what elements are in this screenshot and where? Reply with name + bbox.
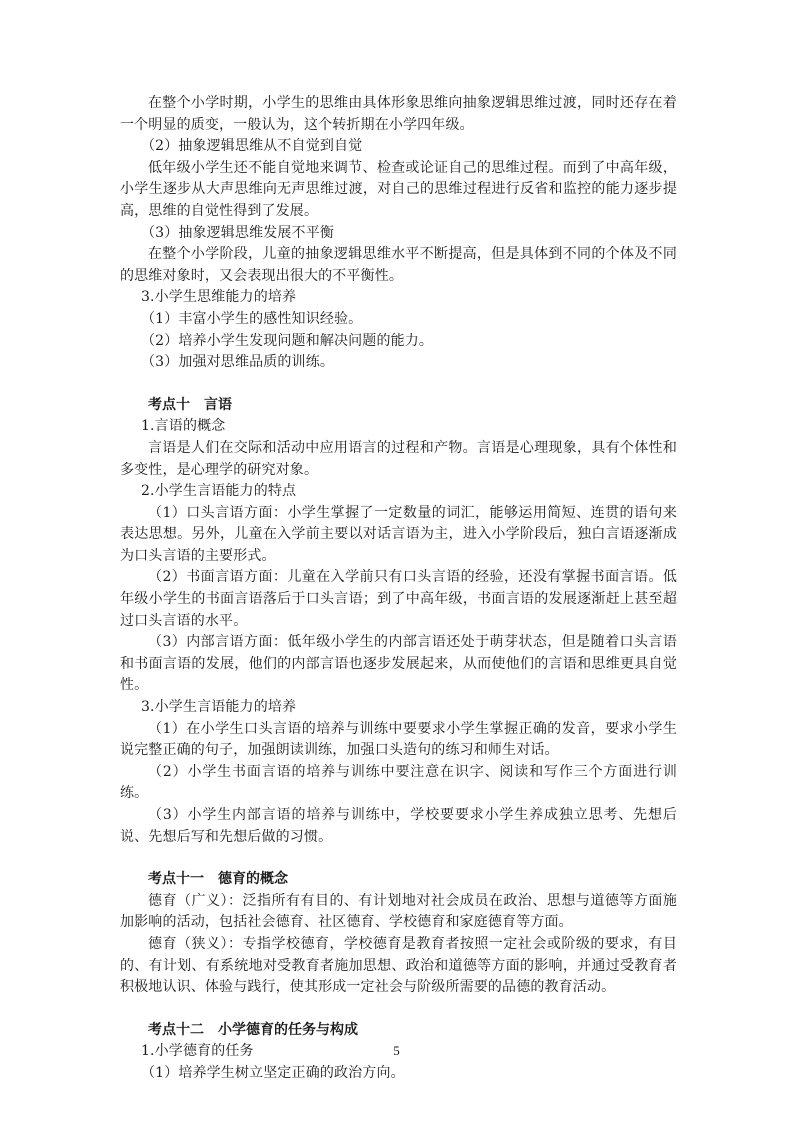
section-gap (120, 374, 677, 395)
list-item: （1）丰富小学生的感性知识经验。 (120, 309, 677, 331)
list-item: （2）培养小学生发现问题和解决问题的能力。 (120, 331, 677, 353)
subtitle-thinking-cultivation: 3.小学生思维能力的培养 (120, 287, 677, 309)
subtitle-speech-cultivation: 3.小学生言语能力的培养 (120, 697, 677, 719)
list-item: （3）内部言语方面：低年级小学生的内部言语还处于萌芽状态，但是随着口头言语和书面… (120, 632, 677, 697)
list-item: （3）加强对思维品质的训练。 (120, 352, 677, 374)
paragraph-imbalance: 在整个小学阶段，儿童的抽象逻辑思维水平不断提高，但是具体到不同的个体及不同的思维… (120, 244, 677, 287)
page-number: 5 (0, 1043, 793, 1059)
section-heading-11: 考点十一 德育的概念 (120, 869, 677, 891)
paragraph-thinking-transition: 在整个小学时期，小学生的思维由具体形象思维向抽象逻辑思维过渡，同时还存在着一个明… (120, 93, 677, 136)
paragraph-self-awareness: 低年级小学生还不能自觉地来调节、检查或论证自己的思维过程。而到了中高年级，小学生… (120, 158, 677, 223)
paragraph-moral-narrow: 德育（狭义）：专指学校德育，学校德育是教育者按照一定社会或阶级的要求，有目的、有… (120, 934, 677, 999)
list-item: （3）小学生内部言语的培养与训练中，学校要要求小学生养成独立思考、先想后说、先想… (120, 805, 677, 848)
paragraph-speech-concept: 言语是人们在交际和活动中应用语言的过程和产物。言语是心理现象，具有个体性和多变性… (120, 438, 677, 481)
section-heading-12: 考点十二 小学德育的任务与构成 (120, 1020, 677, 1042)
paragraph-moral-broad: 德育（广义）：泛指所有有目的、有计划地对社会成员在政治、思想与道德等方面施加影响… (120, 891, 677, 934)
subtitle-speech-features: 2.小学生言语能力的特点 (120, 481, 677, 503)
list-item: （1）口头言语方面：小学生掌握了一定数量的词汇，能够运用简短、连贯的语句来表达思… (120, 503, 677, 568)
document-page: 在整个小学时期，小学生的思维由具体形象思维向抽象逻辑思维过渡，同时还存在着一个明… (120, 93, 677, 1085)
list-item: （1）培养学生树立坚定正确的政治方向。 (120, 1063, 677, 1085)
subtitle-self-awareness: （2）抽象逻辑思维从不自觉到自觉 (120, 136, 677, 158)
section-gap (120, 848, 677, 869)
section-heading-10: 考点十 言语 (120, 395, 677, 417)
list-item: （2）小学生书面言语的培养与训练中要注意在识字、阅读和写作三个方面进行训练。 (120, 762, 677, 805)
subtitle-imbalance: （3）抽象逻辑思维发展不平衡 (120, 223, 677, 245)
section-gap (120, 999, 677, 1020)
list-item: （1）在小学生口头言语的培养与训练中要要求小学生掌握正确的发音，要求小学生说完整… (120, 719, 677, 762)
list-item: （2）书面言语方面：儿童在入学前只有口头言语的经验，还没有掌握书面言语。低年级小… (120, 567, 677, 632)
subtitle-speech-concept: 1.言语的概念 (120, 416, 677, 438)
